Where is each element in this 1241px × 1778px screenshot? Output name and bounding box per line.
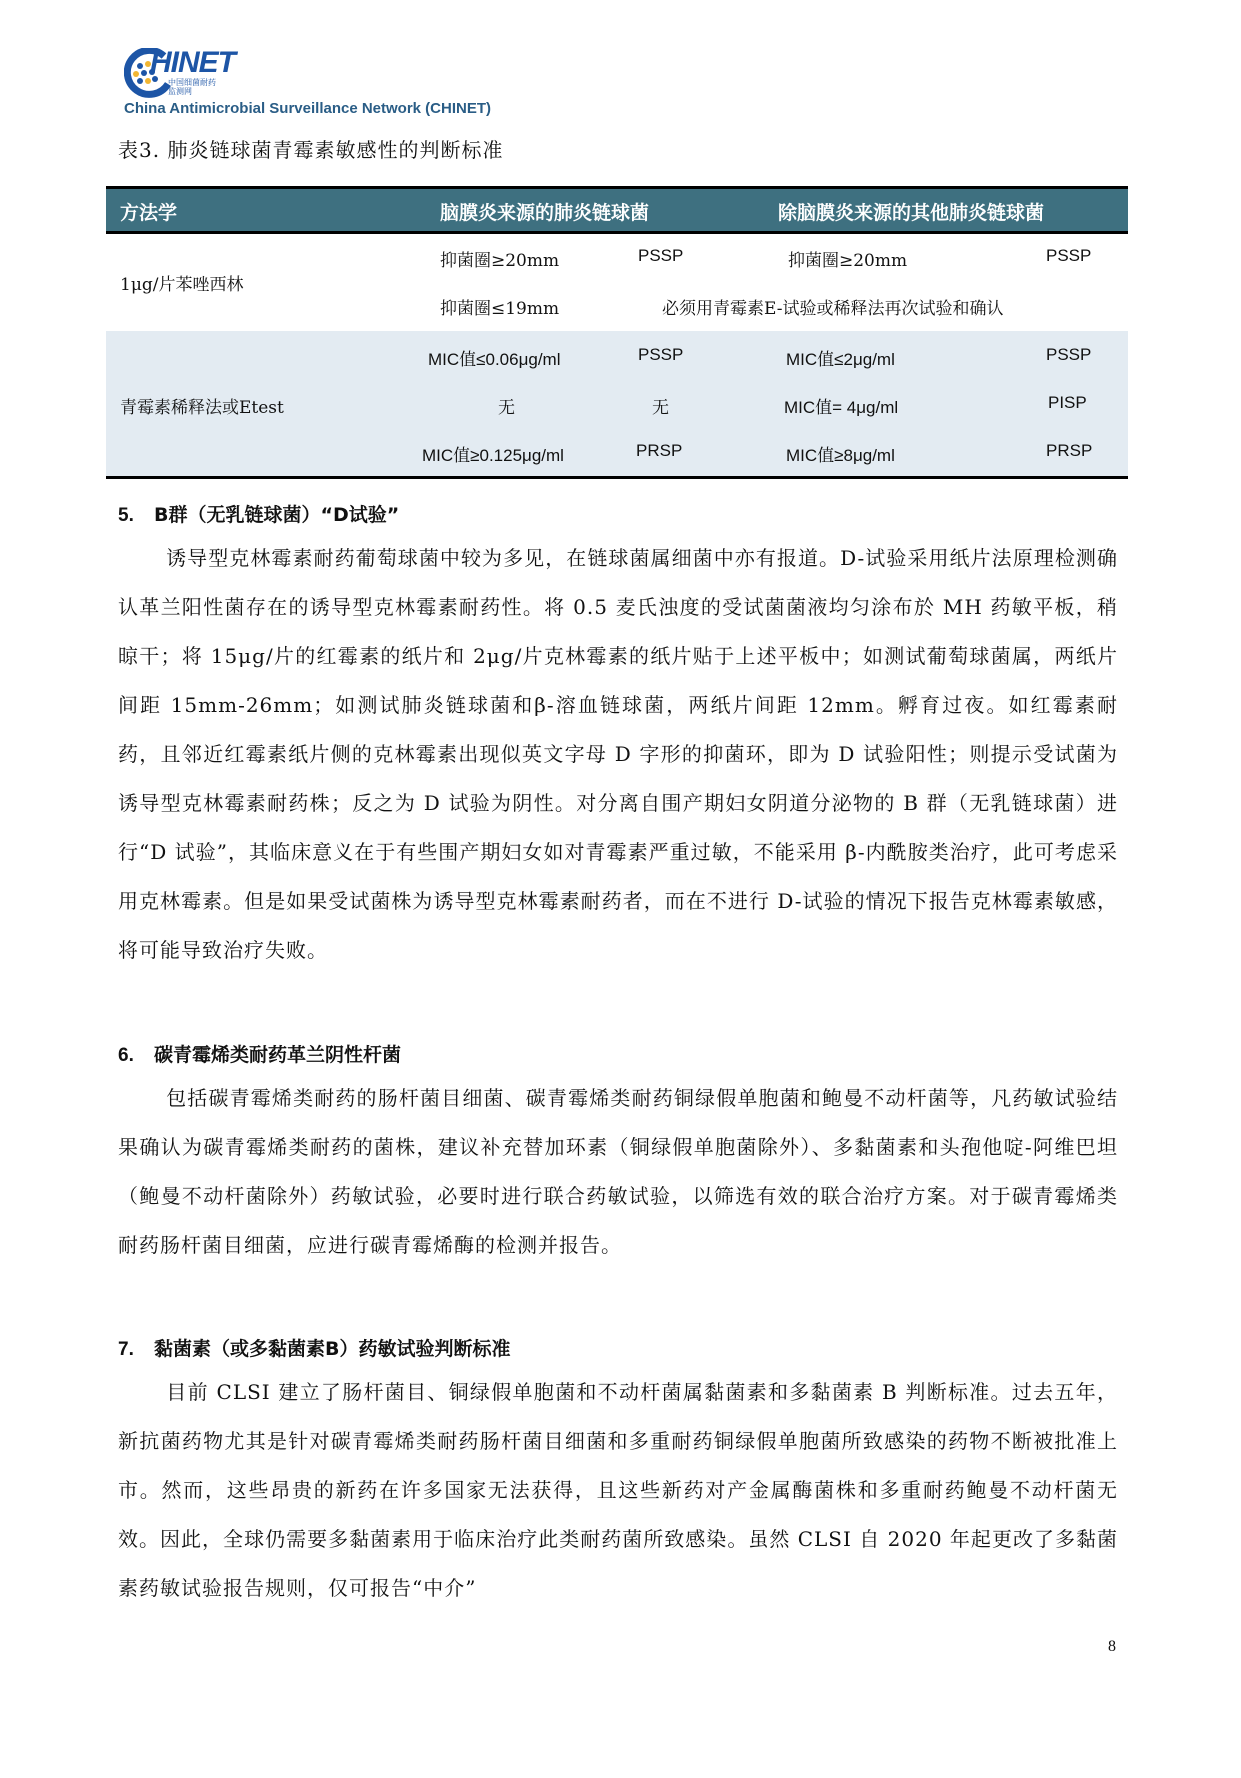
meningitis-result: 无 (652, 393, 669, 418)
section-number: 6. (118, 1045, 154, 1067)
logo-text: HINET (150, 46, 235, 80)
table-caption: 表3. 肺炎链球菌青霉素敏感性的判断标准 (118, 134, 503, 163)
meningitis-criterion: 无 (498, 393, 515, 418)
merged-note: 必须用青霉素E-试验或稀释法再次试验和确认 (662, 294, 1003, 319)
section-5-paragraph: 诱导型克林霉素耐药葡萄球菌中较为多见，在链球菌属细菌中亦有报道。D-试验采用纸片… (118, 534, 1118, 975)
penicillin-criteria-table: 方法学 脑膜炎来源的肺炎链球菌 除脑膜炎来源的其他肺炎链球菌 1μg/片苯唑西林… (106, 186, 1128, 479)
page-number: 8 (1108, 1638, 1116, 1656)
section-number: 7. (118, 1339, 154, 1361)
paragraph-text: 诱导型克林霉素耐药葡萄球菌中较为多见，在链球菌属细菌中亦有报道。D-试验采用纸片… (118, 546, 1118, 962)
section-7-paragraph: 目前 CLSI 建立了肠杆菌目、铜绿假单胞菌和不动杆菌属黏菌素和多黏菌素 B 判… (118, 1368, 1118, 1613)
method-cell: 青霉素稀释法或Etest (120, 393, 284, 418)
paragraph-text: 包括碳青霉烯类耐药的肠杆菌目细菌、碳青霉烯类耐药铜绿假单胞菌和鲍曼不动杆菌等，凡… (118, 1086, 1118, 1257)
other-result: PISP (1048, 393, 1087, 413)
column-header-meningitis: 脑膜炎来源的肺炎链球菌 (440, 198, 649, 225)
other-criterion: MIC值≤2μg/ml (786, 345, 895, 370)
meningitis-result: PSSP (638, 345, 683, 365)
table-header-row: 方法学 脑膜炎来源的肺炎链球菌 除脑膜炎来源的其他肺炎链球菌 (106, 186, 1128, 234)
organization-name: China Antimicrobial Surveillance Network… (124, 100, 491, 117)
column-header-non-meningitis: 除脑膜炎来源的其他肺炎链球菌 (778, 198, 1044, 225)
section-number: 5. (118, 505, 154, 527)
section-title: B群（无乳链球菌）“D试验” (154, 504, 399, 526)
chinet-logo: HINET 中国细菌耐药 监测网 (124, 44, 264, 102)
meningitis-criterion: 抑菌圈≥20mm (440, 246, 559, 271)
paragraph-text: 目前 CLSI 建立了肠杆菌目、铜绿假单胞菌和不动杆菌属黏菌素和多黏菌素 B 判… (118, 1380, 1118, 1600)
other-result: PRSP (1046, 441, 1092, 461)
logo-cn-line1: 中国细菌耐药 (168, 78, 216, 87)
logo-cn-text: 中国细菌耐药 监测网 (168, 78, 216, 96)
section-6-heading: 6.碳青霉烯类耐药革兰阴性杆菌 (118, 1040, 401, 1067)
meningitis-criterion: MIC值≥0.125μg/ml (422, 441, 564, 466)
section-7-heading: 7.黏菌素（或多黏菌素B）药敏试验判断标准 (118, 1334, 510, 1361)
section-5-heading: 5.B群（无乳链球菌）“D试验” (118, 500, 399, 527)
section-title: 黏菌素（或多黏菌素B）药敏试验判断标准 (154, 1338, 510, 1360)
other-criterion: MIC值= 4μg/ml (784, 393, 898, 418)
meningitis-result: PSSP (638, 246, 683, 266)
logo-cn-line2: 监测网 (168, 87, 216, 96)
method-cell: 1μg/片苯唑西林 (120, 270, 243, 295)
section-title: 碳青霉烯类耐药革兰阴性杆菌 (154, 1044, 401, 1066)
section-6-paragraph: 包括碳青霉烯类耐药的肠杆菌目细菌、碳青霉烯类耐药铜绿假单胞菌和鲍曼不动杆菌等，凡… (118, 1074, 1118, 1270)
other-criterion: 抑菌圈≥20mm (788, 246, 907, 271)
other-result: PSSP (1046, 246, 1091, 266)
meningitis-criterion: 抑菌圈≤19mm (440, 294, 559, 319)
other-result: PSSP (1046, 345, 1091, 365)
other-criterion: MIC值≥8μg/ml (786, 441, 895, 466)
meningitis-result: PRSP (636, 441, 682, 461)
table-group-dilution: 青霉素稀释法或Etest MIC值≤0.06μg/ml PSSP MIC值≤2μ… (106, 331, 1128, 479)
meningitis-criterion: MIC值≤0.06μg/ml (428, 345, 561, 370)
table-group-oxacillin: 1μg/片苯唑西林 抑菌圈≥20mm PSSP 抑菌圈≥20mm PSSP 抑菌… (106, 234, 1128, 331)
column-header-method: 方法学 (120, 198, 177, 225)
